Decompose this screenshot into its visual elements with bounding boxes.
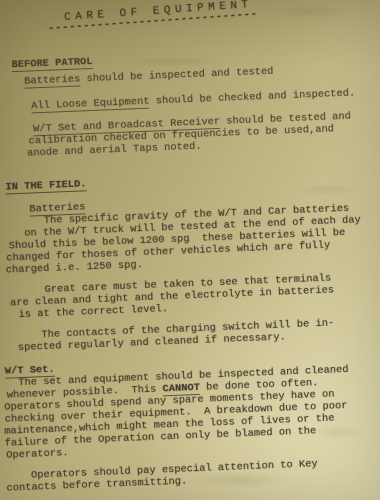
- item-loose-equipment: All Loose Equipment should be checked an…: [31, 87, 364, 112]
- document-lines: BEFORE PATROLBatteries should be inspect…: [0, 45, 379, 495]
- underlined-text: Batteries: [24, 73, 81, 88]
- text-segment: should be inspected and tested: [80, 66, 274, 86]
- underlined-text: IN THE FIELD.: [5, 178, 87, 194]
- document-page: CARE OF EQUIPMENT ----------------------…: [0, 0, 380, 500]
- heading-in-the-field: IN THE FIELD.: [5, 167, 367, 194]
- underlined-text: All Loose Equipment: [31, 96, 150, 114]
- document-title-block: CARE OF EQUIPMENT ----------------------…: [64, 0, 258, 32]
- text-segment: Operators.: [6, 447, 69, 461]
- document-photo: CARE OF EQUIPMENT ----------------------…: [0, 0, 380, 500]
- underlined-text: BEFORE PATROL: [11, 56, 93, 72]
- text-segment: should be checked and inspected.: [149, 87, 355, 107]
